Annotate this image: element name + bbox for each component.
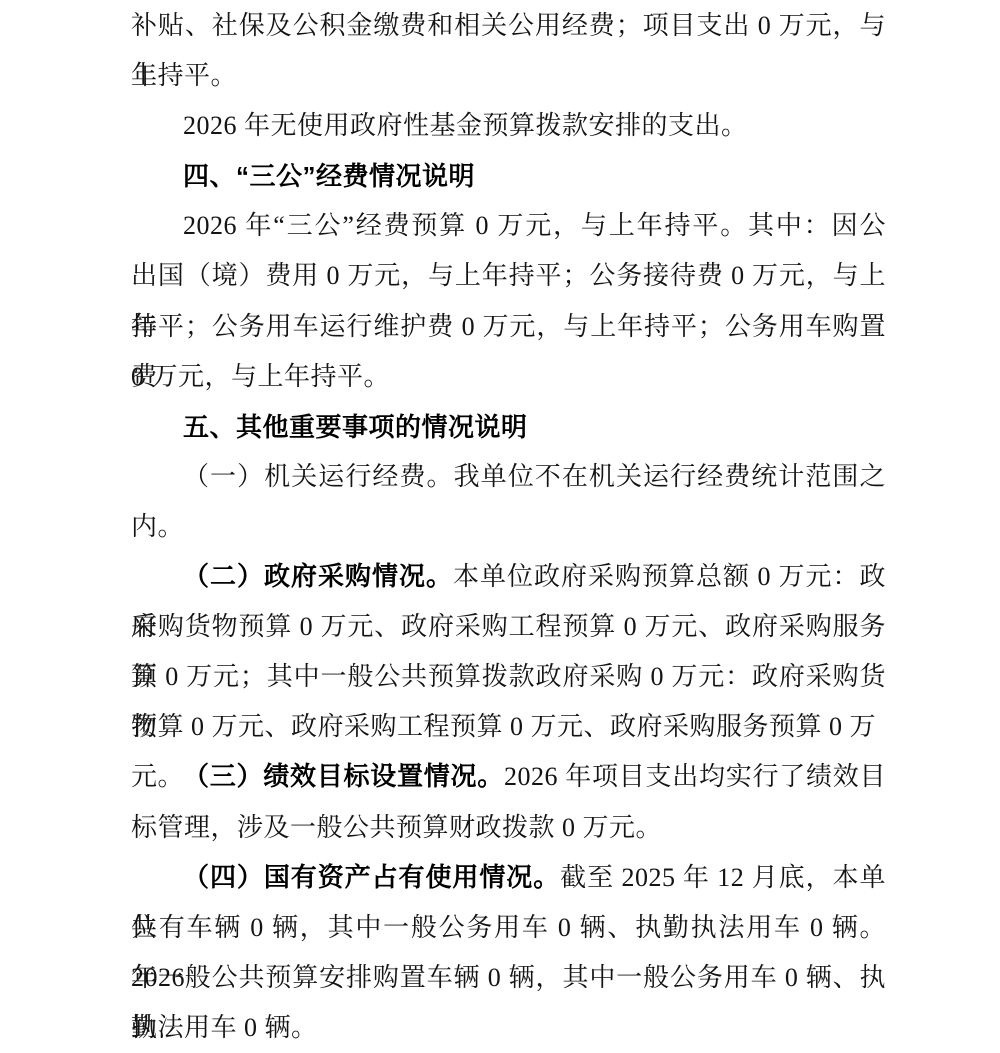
body-text-line: 持平；公务用车运行维护费 0 万元，与上年持平；公务用车购置费 [131,302,886,352]
line-text: 0 万元，与上年持平。 [131,362,390,391]
line-text: （一）机关运行经费。我单位不在机关运行经费统计范围之 [183,462,886,491]
document-body: 补贴、社保及公积金缴费和相关公用经费；项目支出 0 万元，与上 年持平。 202… [0,0,1000,1053]
line-text: 年持平。 [131,61,237,90]
paragraph-end-line: 0 万元，与上年持平。 [131,352,886,402]
section-heading-five: 五、其他重要事项的情况说明 [131,402,886,452]
heading-text: 四、“三公”经费情况说明 [183,161,475,191]
body-text-line: 共有车辆 0 辆，其中一般公务用车 0 辆、执勤执法用车 0 辆。2026 [131,903,886,953]
line-text: 标管理，涉及一般公共预算财政拨款 0 万元。 [131,813,662,842]
paragraph-end-line: 预算 0 万元、政府采购工程预算 0 万元、政府采购服务预算 0 万元。 [131,702,886,752]
subsection-four-first-line: （四）国有资产占有使用情况。截至 2025 年 12 月底，本单位 [131,853,886,903]
body-text-line: 年一般公共预算安排购置车辆 0 辆，其中一般公务用车 0 辆、执勤 [131,953,886,1003]
subsection-title: （四）国有资产占有使用情况。 [183,863,560,892]
subsection-title: （三）绩效目标设置情况。 [183,762,504,791]
paragraph-first-line: 2026 年“三公”经费预算 0 万元，与上年持平。其中：因公 [131,201,886,251]
body-text-line: 补贴、社保及公积金缴费和相关公用经费；项目支出 0 万元，与上 [131,1,886,51]
paragraph-line: 2026 年无使用政府性基金预算拨款安排的支出。 [131,101,886,151]
section-heading-four: 四、“三公”经费情况说明 [131,151,886,201]
subsection-title: （二）政府采购情况。 [183,562,453,591]
body-text-line: 采购货物预算 0 万元、政府采购工程预算 0 万元、政府采购服务预 [131,602,886,652]
paragraph-end-line: 执法用车 0 辆。 [131,1003,886,1053]
subsection-one-first-line: （一）机关运行经费。我单位不在机关运行经费统计范围之 [131,452,886,502]
document-page: 补贴、社保及公积金缴费和相关公用经费；项目支出 0 万元，与上 年持平。 202… [0,0,1000,1053]
paragraph-end-line: 标管理，涉及一般公共预算财政拨款 0 万元。 [131,803,886,853]
subsection-two-first-line: （二）政府采购情况。本单位政府采购预算总额 0 万元：政府 [131,552,886,602]
paragraph-end-line: 年持平。 [131,51,886,101]
line-text: 内。 [131,512,184,541]
line-text: 执法用车 0 辆。 [131,1013,318,1042]
line-text: 2026 年无使用政府性基金预算拨款安排的支出。 [183,111,748,140]
line-text: 2026 年项目支出均实行了绩效目 [504,762,886,791]
body-text-line: 出国（境）费用 0 万元，与上年持平；公务接待费 0 万元，与上年 [131,251,886,301]
paragraph-end-line: 内。 [131,502,886,552]
body-text-line: 算 0 万元；其中一般公共预算拨款政府采购 0 万元：政府采购货物 [131,652,886,702]
line-text: 2026 年“三公”经费预算 0 万元，与上年持平。其中：因公 [183,211,886,240]
heading-text: 五、其他重要事项的情况说明 [183,412,528,442]
subsection-three-first-line: （三）绩效目标设置情况。2026 年项目支出均实行了绩效目 [131,752,886,802]
